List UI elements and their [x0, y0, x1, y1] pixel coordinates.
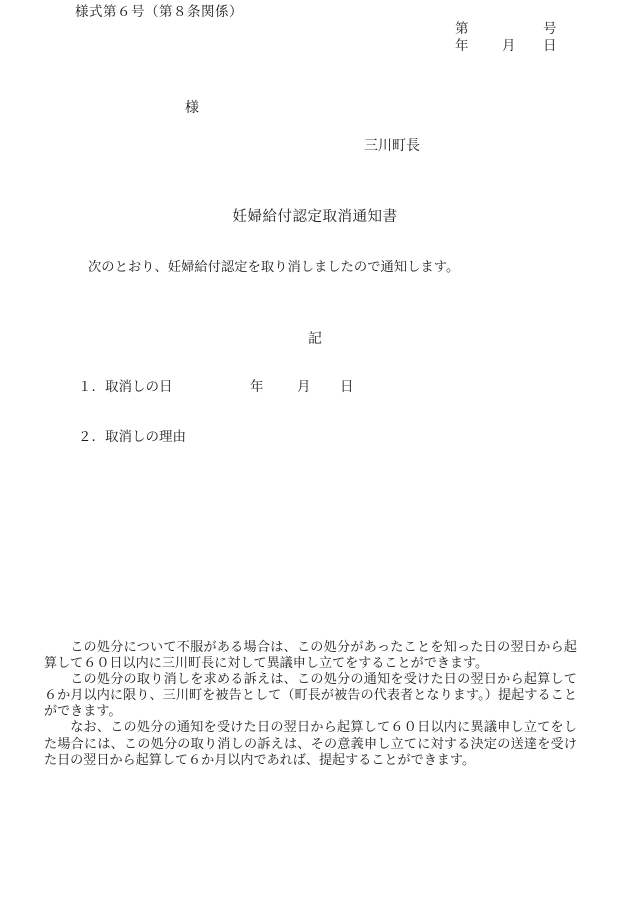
appeal-paragraph-lawsuit: この処分の取り消しを求める訴えは、この処分の通知を受けた日の翌日から起算して６か…	[44, 671, 577, 719]
item-cancellation-date-month-label: 月	[297, 379, 311, 395]
date-month-label: 月	[502, 38, 516, 54]
appeal-paragraph-objection: この処分について不服がある場合は、この処分があったことを知った日の翌日から起算し…	[44, 639, 577, 671]
item-cancellation-reason-label: ２．取消しの理由	[78, 429, 186, 445]
appeal-paragraph-supplement: なお、この処分の通知を受けた日の翌日から起算して６０日以内に異議申し立てをした場…	[44, 719, 577, 767]
document-page: 様式第６号（第８条関係） 第 号 年 月 日 様 三川町長 妊婦給付認定取消通知…	[0, 0, 630, 903]
issuer-name: 三川町長	[364, 139, 420, 156]
date-day-label: 日	[543, 38, 557, 54]
doc-number-prefix: 第	[455, 21, 469, 37]
document-title: 妊婦給付認定取消通知書	[0, 205, 630, 226]
intro-sentence: 次のとおり、妊婦給付認定を取り消しましたので通知します。	[88, 259, 459, 275]
doc-number-suffix: 号	[543, 21, 557, 37]
appeal-notice-block: この処分について不服がある場合は、この処分があったことを知った日の翌日から起算し…	[44, 639, 577, 768]
record-marker: 記	[0, 328, 630, 348]
item-cancellation-date-day-label: 日	[340, 379, 354, 395]
date-year-label: 年	[455, 38, 469, 54]
item-cancellation-date-year-label: 年	[250, 379, 264, 395]
addressee-honorific: 様	[185, 101, 199, 118]
form-style-label: 様式第６号（第８条関係）	[75, 4, 243, 20]
item-cancellation-date-label: １．取消しの日	[78, 379, 173, 395]
